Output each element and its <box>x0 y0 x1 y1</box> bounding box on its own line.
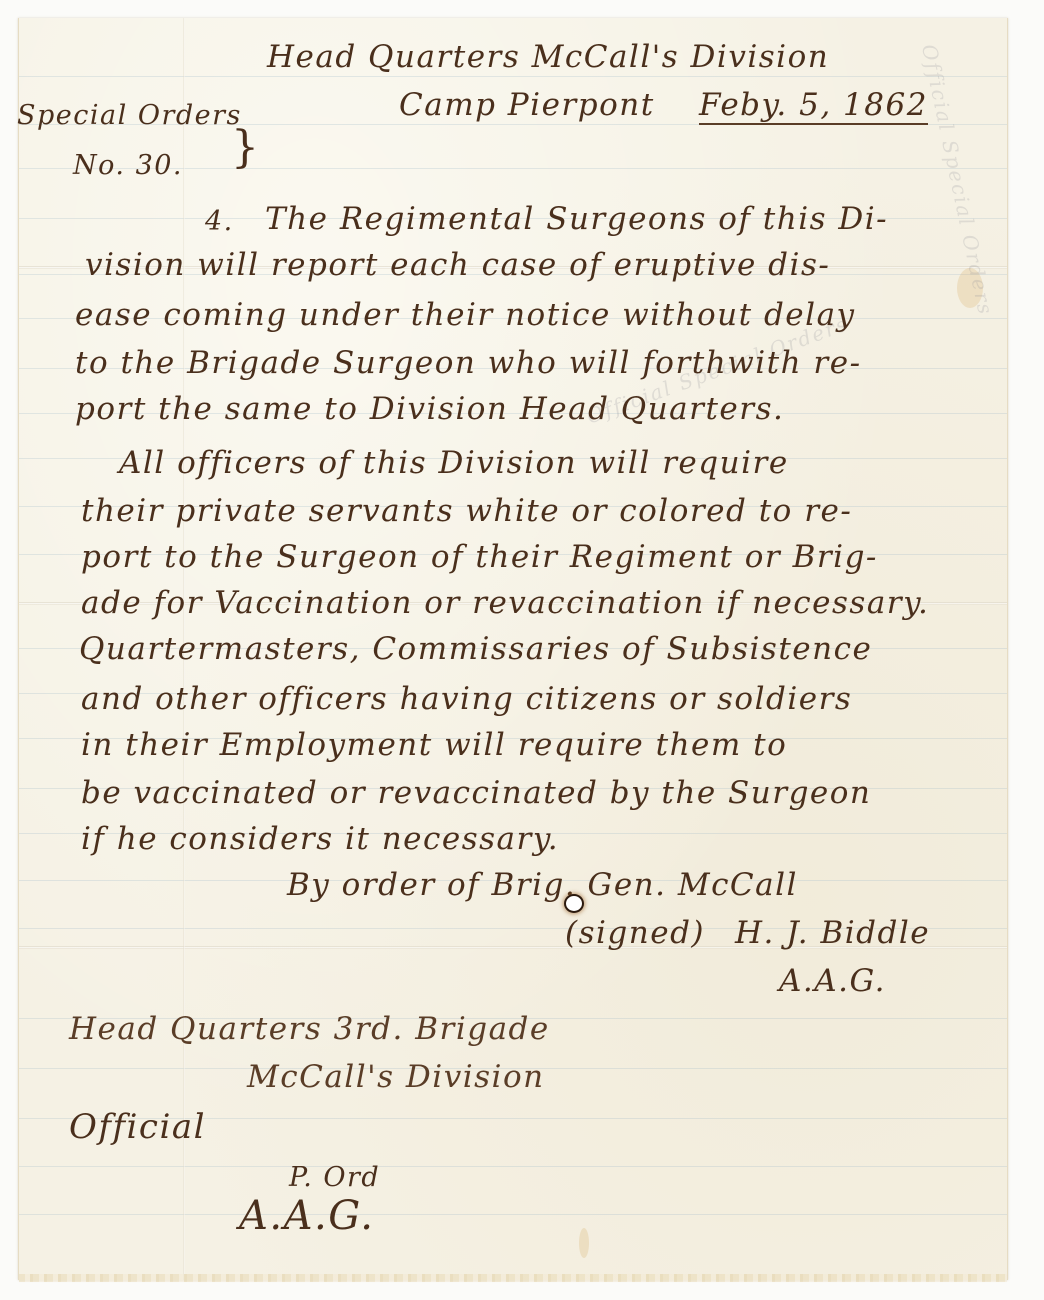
official-label: Official <box>69 1110 206 1144</box>
paper-stain <box>579 1228 589 1258</box>
body-line: ade for Vaccination or revaccination if … <box>81 588 929 619</box>
heading-date: Feby. 5, 1862 <box>699 90 928 125</box>
ruled-line <box>19 1166 1007 1167</box>
heading-line-1: Head Quarters McCall's Division <box>267 42 829 73</box>
body-line: port to the Surgeon of their Regiment or… <box>81 542 878 573</box>
heading-place: Camp Pierpont <box>399 90 655 121</box>
body-line: in their Employment will require them to <box>81 730 787 761</box>
endorsement-title: A.A.G. <box>239 1196 374 1236</box>
ruled-line <box>19 76 1007 77</box>
brace-glyph: } <box>231 126 259 170</box>
endorsement-line-1: Head Quarters 3rd. Brigade <box>69 1014 550 1045</box>
body-line: port the same to Division Head Quarters. <box>75 394 784 425</box>
body-line: and other officers having citizens or so… <box>81 684 852 715</box>
body-line: Quartermasters, Commissaries of Subsiste… <box>79 634 872 665</box>
signed-label: (signed) <box>565 918 705 949</box>
bleed-through-text: Official Special Orders <box>917 42 998 318</box>
body-line: to the Brigade Surgeon who will forthwit… <box>75 348 862 379</box>
body-line: All officers of this Division will requi… <box>119 448 789 479</box>
body-line: if he considers it necessary. <box>81 824 559 855</box>
by-order-line: By order of Brig. Gen. McCall <box>287 870 798 901</box>
body-line: The Regimental Surgeons of this Di- <box>265 204 888 235</box>
burn-hole <box>566 896 582 911</box>
endorsement-line-2: McCall's Division <box>247 1062 545 1093</box>
body-line: be vaccinated or revaccinated by the Sur… <box>81 778 871 809</box>
body-line: vision will report each case of eruptive… <box>85 250 830 281</box>
order-number: No. 30. <box>73 152 183 179</box>
document-paper: Official Special Orders Official Special… <box>18 18 1008 1280</box>
ruled-line <box>19 1214 1007 1215</box>
paragraph-number: 4. <box>205 208 234 235</box>
per-order-label: P. Ord <box>289 1164 380 1191</box>
signed-title: A.A.G. <box>779 966 886 997</box>
order-label: Special Orders <box>17 102 242 129</box>
signed-name: H. J. Biddle <box>735 918 930 949</box>
body-line: ease coming under their notice without d… <box>75 300 856 331</box>
body-line: their private servants white or colored … <box>81 496 852 527</box>
